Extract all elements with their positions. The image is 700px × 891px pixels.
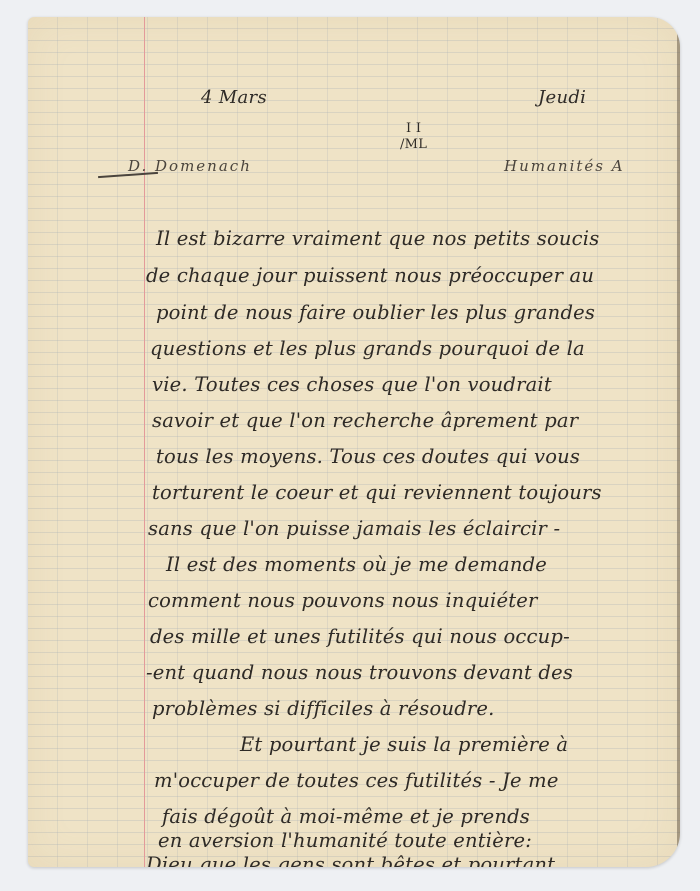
body-line: problèmes si difficiles à résoudre. xyxy=(152,697,495,720)
margin-line xyxy=(144,17,145,867)
notebook-page: 4 Mars Jeudi I I /ML D. Domenach Humanit… xyxy=(28,17,680,867)
body-line: point de nous faire oublier les plus gra… xyxy=(156,301,595,324)
body-line: torturent le coeur et qui reviennent tou… xyxy=(152,481,602,504)
body-line: Il est bizarre vraiment que nos petits s… xyxy=(156,227,599,250)
class-name: Humanités A xyxy=(504,157,625,175)
body-line: -ent quand nous nous trouvons devant des xyxy=(146,661,573,684)
body-line: sans que l'on puisse jamais les éclairci… xyxy=(148,517,560,540)
body-line: fais dégoût à moi-même et je prends xyxy=(162,805,530,828)
body-line: vie. Toutes ces choses que l'on voudrait xyxy=(152,373,552,396)
body-line: en aversion l'humanité toute entière: xyxy=(158,829,532,852)
body-line: comment nous pouvons nous inquiéter xyxy=(148,589,538,612)
body-line: m'occuper de toutes ces futilités - Je m… xyxy=(154,769,559,792)
body-line: Dieu que les gens sont bêtes et pourtant xyxy=(146,853,555,867)
grade-mark-top: I I xyxy=(400,121,427,137)
body-line: questions et les plus grands pourquoi de… xyxy=(150,337,585,360)
grade-mark-bottom: /ML xyxy=(400,137,427,153)
body-line: de chaque jour puissent nous préoccuper … xyxy=(146,264,594,287)
header-day: Jeudi xyxy=(538,87,586,108)
header-date: 4 Mars xyxy=(201,87,267,108)
body-line: Et pourtant je suis la première à xyxy=(240,733,568,756)
body-line: des mille et unes futilités qui nous occ… xyxy=(150,625,570,648)
body-line: tous les moyens. Tous ces doutes qui vou… xyxy=(156,445,580,468)
body-line: Il est des moments où je me demande xyxy=(166,553,547,576)
body-line: savoir et que l'on recherche âprement pa… xyxy=(152,409,578,432)
grade-mark: I I /ML xyxy=(400,121,427,153)
